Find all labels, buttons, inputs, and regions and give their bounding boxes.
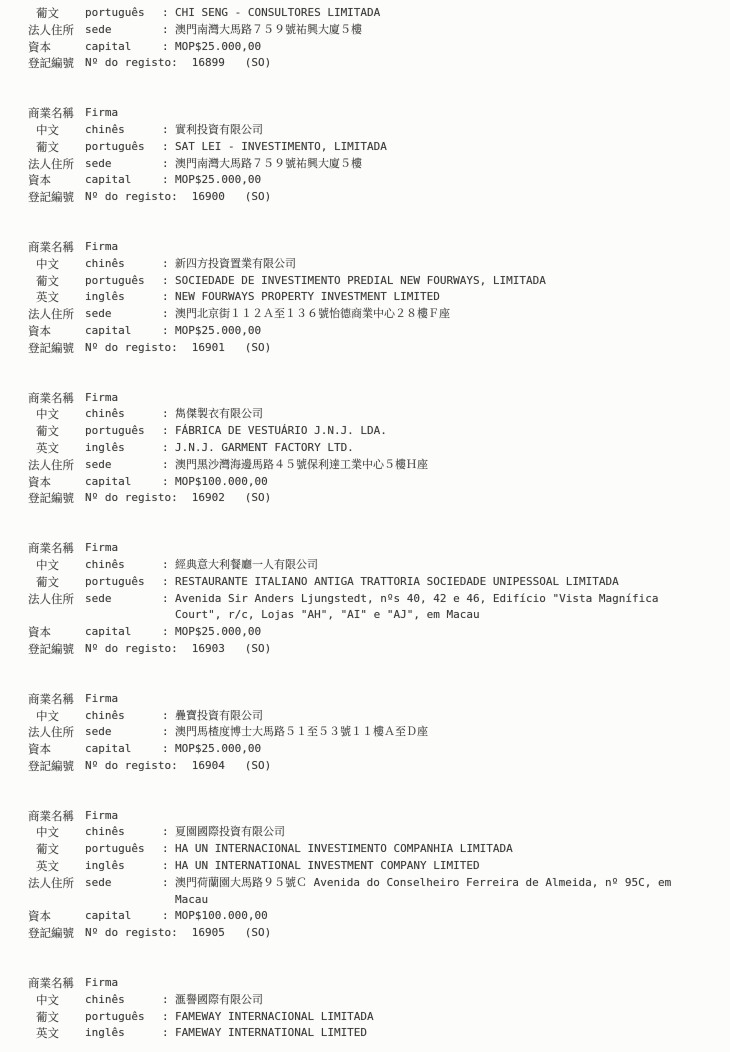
field-colon: : <box>162 172 175 189</box>
field-label-zh: 商業名稱 <box>28 239 85 256</box>
field-label-zh: 商業名稱 <box>28 808 85 825</box>
field-label-pt: inglês <box>85 858 162 875</box>
field-label-pt: inglês <box>85 289 162 306</box>
field-colon: : <box>162 992 175 1009</box>
field-value: 實利投資有限公司 <box>175 122 718 139</box>
field-label-pt: Firma <box>85 808 162 825</box>
field-label-zh: 資本 <box>28 908 85 925</box>
field-label-pt: Nº do registo: <box>85 925 178 942</box>
record-row: 中文chinês:經典意大利餐廳一人有限公司 <box>28 557 718 574</box>
field-label-pt: sede <box>85 457 162 474</box>
field-colon: : <box>162 122 175 139</box>
field-colon: : <box>162 574 175 591</box>
field-value: MOP$25.000,00 <box>175 741 718 758</box>
field-label-pt: Firma <box>85 540 162 557</box>
field-label-zh: 英文 <box>28 289 85 306</box>
record-row: 商業名稱Firma <box>28 105 718 122</box>
field-label-zh: 登記編號 <box>28 55 85 72</box>
field-colon: : <box>162 156 175 173</box>
field-colon: : <box>162 557 175 574</box>
field-label-zh: 商業名稱 <box>28 105 85 122</box>
field-label-pt: português <box>85 574 162 591</box>
field-label-pt: sede <box>85 306 162 323</box>
field-colon: : <box>162 1025 175 1042</box>
field-label-pt: sede <box>85 156 162 173</box>
field-colon: : <box>162 875 175 892</box>
field-value: 澳門荷蘭園大馬路９５號Ｃ Avenida do Conselheiro Ferr… <box>175 875 718 909</box>
record-row: 商業名稱Firma <box>28 975 718 992</box>
field-label-zh: 中文 <box>28 992 85 1009</box>
record-row: 資本capital:MOP$25.000,00 <box>28 323 718 340</box>
record-16906: 商業名稱Firma中文chinês:滙譽國際有限公司葡文português:FA… <box>28 975 718 1042</box>
record-row: 英文inglês:FAMEWAY INTERNATIONAL LIMITED <box>28 1025 718 1042</box>
field-label-pt: sede <box>85 591 162 608</box>
record-16899: 葡文português:CHI SENG - CONSULTORES LIMIT… <box>28 5 718 72</box>
field-value: FÁBRICA DE VESTUÁRIO J.N.J. LDA. <box>175 423 718 440</box>
field-colon: : <box>162 841 175 858</box>
record-16903: 商業名稱Firma中文chinês:經典意大利餐廳一人有限公司葡文portugu… <box>28 540 718 658</box>
field-colon: : <box>162 139 175 156</box>
field-colon: : <box>162 406 175 423</box>
field-label-pt: capital <box>85 172 162 189</box>
field-colon: : <box>162 256 175 273</box>
field-label-zh: 葡文 <box>28 139 85 156</box>
record-row: 英文inglês:J.N.J. GARMENT FACTORY LTD. <box>28 440 718 457</box>
field-value: 16902 (SO) <box>178 490 271 507</box>
field-colon: : <box>162 908 175 925</box>
field-label-pt: português <box>85 841 162 858</box>
field-label-pt: Nº do registo: <box>85 490 178 507</box>
field-label-zh: 商業名稱 <box>28 975 85 992</box>
record-row: 中文chinês:滙譽國際有限公司 <box>28 992 718 1009</box>
field-label-pt: Firma <box>85 239 162 256</box>
field-value: 新四方投資置業有限公司 <box>175 256 718 273</box>
field-colon: : <box>162 440 175 457</box>
field-label-pt: Nº do registo: <box>85 758 178 775</box>
field-value: 16903 (SO) <box>178 641 271 658</box>
field-label-pt: chinês <box>85 824 162 841</box>
record-row: 法人住所sede:澳門荷蘭園大馬路９５號Ｃ Avenida do Conselh… <box>28 875 718 909</box>
field-label-zh: 資本 <box>28 39 85 56</box>
record-row: 商業名稱Firma <box>28 808 718 825</box>
field-label-zh: 中文 <box>28 557 85 574</box>
field-value: MOP$25.000,00 <box>175 39 718 56</box>
field-value: 雋傑製衣有限公司 <box>175 406 718 423</box>
field-value: HA UN INTERNATIONAL INVESTMENT COMPANY L… <box>175 858 718 875</box>
field-label-zh: 葡文 <box>28 273 85 290</box>
record-row: 登記編號Nº do registo:16905 (SO) <box>28 925 718 942</box>
field-label-zh: 登記編號 <box>28 189 85 206</box>
field-colon: : <box>162 423 175 440</box>
field-label-pt: chinês <box>85 256 162 273</box>
field-label-zh: 資本 <box>28 172 85 189</box>
record-row: 中文chinês:疊寶投資有限公司 <box>28 708 718 725</box>
record-row: 資本capital:MOP$100.000,00 <box>28 474 718 491</box>
field-value: 16899 (SO) <box>178 55 271 72</box>
field-colon: : <box>162 858 175 875</box>
field-label-zh: 資本 <box>28 323 85 340</box>
field-label-pt: chinês <box>85 992 162 1009</box>
field-label-pt: capital <box>85 741 162 758</box>
record-row: 英文inglês:NEW FOURWAYS PROPERTY INVESTMEN… <box>28 289 718 306</box>
field-label-zh: 商業名稱 <box>28 540 85 557</box>
record-row: 登記編號Nº do registo:16903 (SO) <box>28 641 718 658</box>
field-label-zh: 中文 <box>28 256 85 273</box>
field-value: 夏園國際投資有限公司 <box>175 824 718 841</box>
field-label-zh: 商業名稱 <box>28 390 85 407</box>
record-16902: 商業名稱Firma中文chinês:雋傑製衣有限公司葡文português:FÁ… <box>28 390 718 508</box>
field-value: 澳門南灣大馬路７５９號祐興大廈５樓 <box>175 156 718 173</box>
field-label-zh: 中文 <box>28 406 85 423</box>
record-16905: 商業名稱Firma中文chinês:夏園國際投資有限公司葡文português:… <box>28 808 718 942</box>
field-value: CHI SENG - CONSULTORES LIMITADA <box>175 5 718 22</box>
field-label-zh: 英文 <box>28 1025 85 1042</box>
record-16904: 商業名稱Firma中文chinês:疊寶投資有限公司法人住所sede:澳門馬楂度… <box>28 691 718 775</box>
record-row: 英文inglês:HA UN INTERNATIONAL INVESTMENT … <box>28 858 718 875</box>
record-row: 葡文português:HA UN INTERNACIONAL INVESTIM… <box>28 841 718 858</box>
field-label-zh: 葡文 <box>28 1009 85 1026</box>
field-label-zh: 資本 <box>28 624 85 641</box>
record-row: 葡文português:FÁBRICA DE VESTUÁRIO J.N.J. … <box>28 423 718 440</box>
record-row: 中文chinês:新四方投資置業有限公司 <box>28 256 718 273</box>
field-label-zh: 英文 <box>28 858 85 875</box>
record-row: 葡文português:SAT LEI - INVESTIMENTO, LIMI… <box>28 139 718 156</box>
record-row: 中文chinês:雋傑製衣有限公司 <box>28 406 718 423</box>
field-value: MOP$25.000,00 <box>175 323 718 340</box>
field-value: 澳門馬楂度博士大馬路５１至５３號１１樓Ａ至Ｄ座 <box>175 724 718 741</box>
field-colon: : <box>162 824 175 841</box>
record-row: 法人住所sede:澳門北京街１１２Ａ至１３６號怡德商業中心２８樓Ｆ座 <box>28 306 718 323</box>
field-value: NEW FOURWAYS PROPERTY INVESTMENT LIMITED <box>175 289 718 306</box>
field-label-pt: capital <box>85 908 162 925</box>
field-label-pt: capital <box>85 624 162 641</box>
field-value: 16901 (SO) <box>178 340 271 357</box>
record-row: 資本capital:MOP$100.000,00 <box>28 908 718 925</box>
field-colon: : <box>162 457 175 474</box>
field-value: 16904 (SO) <box>178 758 271 775</box>
field-label-zh: 葡文 <box>28 574 85 591</box>
field-label-pt: Firma <box>85 975 162 992</box>
record-16901: 商業名稱Firma中文chinês:新四方投資置業有限公司葡文português… <box>28 239 718 357</box>
field-value: FAMEWAY INTERNATIONAL LIMITED <box>175 1025 718 1042</box>
field-label-zh: 中文 <box>28 824 85 841</box>
record-row: 登記編號Nº do registo:16902 (SO) <box>28 490 718 507</box>
field-colon: : <box>162 323 175 340</box>
field-colon: : <box>162 289 175 306</box>
record-row: 商業名稱Firma <box>28 691 718 708</box>
field-label-zh: 資本 <box>28 474 85 491</box>
field-label-pt: chinês <box>85 122 162 139</box>
field-label-pt: inglês <box>85 1025 162 1042</box>
field-label-zh: 葡文 <box>28 5 85 22</box>
field-label-pt: sede <box>85 22 162 39</box>
field-label-zh: 商業名稱 <box>28 691 85 708</box>
field-colon: : <box>162 474 175 491</box>
field-label-zh: 法人住所 <box>28 875 85 892</box>
field-colon: : <box>162 624 175 641</box>
field-label-pt: capital <box>85 474 162 491</box>
field-label-pt: inglês <box>85 440 162 457</box>
record-row: 商業名稱Firma <box>28 390 718 407</box>
field-label-pt: português <box>85 273 162 290</box>
record-row: 葡文português:CHI SENG - CONSULTORES LIMIT… <box>28 5 718 22</box>
field-colon: : <box>162 591 175 608</box>
field-label-pt: capital <box>85 39 162 56</box>
field-label-zh: 登記編號 <box>28 925 85 942</box>
field-value: MOP$25.000,00 <box>175 172 718 189</box>
field-colon: : <box>162 22 175 39</box>
field-value: 澳門黑沙灣海邊馬路４５號保利達工業中心５樓Ｈ座 <box>175 457 718 474</box>
field-value: SAT LEI - INVESTIMENTO, LIMITADA <box>175 139 718 156</box>
field-label-pt: sede <box>85 724 162 741</box>
record-row: 法人住所sede:澳門馬楂度博士大馬路５１至５３號１１樓Ａ至Ｄ座 <box>28 724 718 741</box>
record-16900: 商業名稱Firma中文chinês:實利投資有限公司葡文português:SA… <box>28 105 718 206</box>
field-label-zh: 法人住所 <box>28 22 85 39</box>
field-value: 經典意大利餐廳一人有限公司 <box>175 557 718 574</box>
record-row: 葡文português:SOCIEDADE DE INVESTIMENTO PR… <box>28 273 718 290</box>
field-value: MOP$25.000,00 <box>175 624 718 641</box>
field-label-zh: 葡文 <box>28 423 85 440</box>
field-label-zh: 登記編號 <box>28 641 85 658</box>
field-label-pt: Firma <box>85 691 162 708</box>
field-label-pt: sede <box>85 875 162 892</box>
field-colon: : <box>162 273 175 290</box>
field-label-pt: chinês <box>85 557 162 574</box>
field-colon: : <box>162 39 175 56</box>
record-row: 法人住所sede:澳門南灣大馬路７５９號祐興大廈５樓 <box>28 22 718 39</box>
field-colon: : <box>162 741 175 758</box>
field-label-pt: Firma <box>85 105 162 122</box>
record-row: 商業名稱Firma <box>28 540 718 557</box>
field-label-pt: chinês <box>85 406 162 423</box>
record-row: 法人住所sede:Avenida Sir Anders Ljungstedt, … <box>28 591 718 625</box>
record-row: 登記編號Nº do registo:16900 (SO) <box>28 189 718 206</box>
field-label-pt: português <box>85 423 162 440</box>
field-value: 16905 (SO) <box>178 925 271 942</box>
field-colon: : <box>162 1009 175 1026</box>
field-value: 16900 (SO) <box>178 189 271 206</box>
field-label-pt: português <box>85 1009 162 1026</box>
field-value: Avenida Sir Anders Ljungstedt, nºs 40, 4… <box>175 591 718 625</box>
field-label-pt: Nº do registo: <box>85 189 178 206</box>
record-row: 中文chinês:夏園國際投資有限公司 <box>28 824 718 841</box>
record-row: 資本capital:MOP$25.000,00 <box>28 172 718 189</box>
document-page: 葡文português:CHI SENG - CONSULTORES LIMIT… <box>0 0 730 1052</box>
record-row: 中文chinês:實利投資有限公司 <box>28 122 718 139</box>
field-label-pt: Firma <box>85 390 162 407</box>
record-row: 商業名稱Firma <box>28 239 718 256</box>
field-value: FAMEWAY INTERNACIONAL LIMITADA <box>175 1009 718 1026</box>
field-label-zh: 法人住所 <box>28 156 85 173</box>
record-row: 資本capital:MOP$25.000,00 <box>28 624 718 641</box>
field-label-zh: 法人住所 <box>28 306 85 323</box>
field-value: MOP$100.000,00 <box>175 474 718 491</box>
field-value: RESTAURANTE ITALIANO ANTIGA TRATTORIA SO… <box>175 574 718 591</box>
field-value: J.N.J. GARMENT FACTORY LTD. <box>175 440 718 457</box>
field-value: 疊寶投資有限公司 <box>175 708 718 725</box>
field-value: SOCIEDADE DE INVESTIMENTO PREDIAL NEW FO… <box>175 273 718 290</box>
field-value: HA UN INTERNACIONAL INVESTIMENTO COMPANH… <box>175 841 718 858</box>
field-label-zh: 法人住所 <box>28 724 85 741</box>
record-row: 法人住所sede:澳門南灣大馬路７５９號祐興大廈５樓 <box>28 156 718 173</box>
field-value: 澳門北京街１１２Ａ至１３６號怡德商業中心２８樓Ｆ座 <box>175 306 718 323</box>
field-value: 澳門南灣大馬路７５９號祐興大廈５樓 <box>175 22 718 39</box>
field-label-pt: português <box>85 5 162 22</box>
record-row: 法人住所sede:澳門黑沙灣海邊馬路４５號保利達工業中心５樓Ｈ座 <box>28 457 718 474</box>
field-label-zh: 法人住所 <box>28 457 85 474</box>
field-label-zh: 法人住所 <box>28 591 85 608</box>
field-colon: : <box>162 5 175 22</box>
field-label-zh: 登記編號 <box>28 340 85 357</box>
field-label-zh: 葡文 <box>28 841 85 858</box>
field-label-pt: Nº do registo: <box>85 55 178 72</box>
field-colon: : <box>162 708 175 725</box>
record-row: 葡文português:FAMEWAY INTERNACIONAL LIMITA… <box>28 1009 718 1026</box>
field-label-pt: Nº do registo: <box>85 340 178 357</box>
field-colon: : <box>162 306 175 323</box>
record-row: 登記編號Nº do registo:16901 (SO) <box>28 340 718 357</box>
field-value: 滙譽國際有限公司 <box>175 992 718 1009</box>
field-label-zh: 登記編號 <box>28 490 85 507</box>
record-row: 登記編號Nº do registo:16904 (SO) <box>28 758 718 775</box>
record-row: 葡文português:RESTAURANTE ITALIANO ANTIGA … <box>28 574 718 591</box>
field-value: MOP$100.000,00 <box>175 908 718 925</box>
field-label-zh: 登記編號 <box>28 758 85 775</box>
field-label-pt: capital <box>85 323 162 340</box>
field-label-zh: 英文 <box>28 440 85 457</box>
field-label-zh: 中文 <box>28 708 85 725</box>
field-label-pt: Nº do registo: <box>85 641 178 658</box>
record-row: 登記編號Nº do registo:16899 (SO) <box>28 55 718 72</box>
record-row: 資本capital:MOP$25.000,00 <box>28 741 718 758</box>
field-label-zh: 資本 <box>28 741 85 758</box>
field-label-pt: chinês <box>85 708 162 725</box>
field-label-zh: 中文 <box>28 122 85 139</box>
field-colon: : <box>162 724 175 741</box>
record-row: 資本capital:MOP$25.000,00 <box>28 39 718 56</box>
field-label-pt: português <box>85 139 162 156</box>
